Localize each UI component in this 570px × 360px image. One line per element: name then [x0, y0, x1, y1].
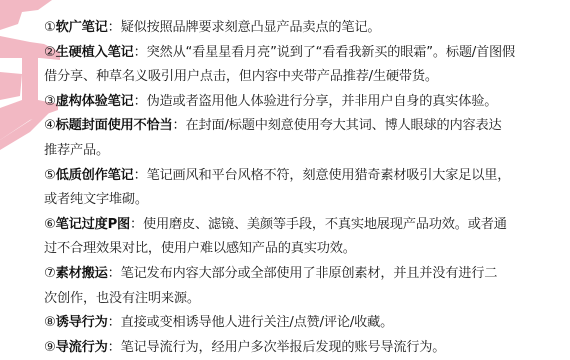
- list-item-fake-experience: ③虚构体验笔记：伪造或者盗用他人体验进行分享，并非用户自身的真实体验。: [44, 90, 564, 115]
- violation-list: ①软广笔记：疑似按照品牌要求刻意凸显产品卖点的笔记。 ②生硬植入笔记：突然从“看…: [44, 16, 564, 360]
- item-marker: ⑨: [44, 340, 56, 355]
- item-text: 使用磨皮、滤镜、美颜等手段，不真实地展现产品功效。或者通: [143, 217, 507, 232]
- item-term: 素材搬运: [56, 266, 108, 281]
- item-term: 诱导行为: [56, 315, 108, 330]
- item-text-continued: 过不合理效果对比，使用户难以感知产品的真实功效。: [44, 241, 356, 256]
- list-item-improper-title-cover: ④标题封面使用不恰当：在封面/标题中刻意使用夸大其词、博人眼球的内容表达 推荐产…: [44, 114, 564, 163]
- list-item-inducement: ⑧诱导行为：直接或变相诱导他人进行关注/点赞/评论/收藏。: [44, 311, 564, 336]
- item-text: 疑似按照品牌要求刻意凸显产品卖点的笔记。: [121, 20, 381, 35]
- item-separator: ：: [108, 266, 121, 281]
- item-term: 软广笔记: [56, 20, 108, 35]
- item-separator: ：: [108, 315, 121, 330]
- item-text-continued: 推荐产品。: [44, 143, 109, 158]
- item-text-continued: 或者纯文字堆砌。: [44, 192, 148, 207]
- item-marker: ⑧: [44, 315, 56, 330]
- item-text: 伪造或者盗用他人体验进行分享，并非用户自身的真实体验。: [147, 94, 498, 109]
- item-text: 笔记画风和平台风格不符，刻意使用猎奇素材吸引大家足以里，: [147, 168, 511, 183]
- item-separator: ：: [108, 340, 121, 355]
- list-item-traffic-diversion: ⑨导流行为：笔记导流行为，经用户多次举报后发现的账号导流行为。: [44, 336, 564, 360]
- item-marker: ⑦: [44, 266, 56, 281]
- item-marker: ⑥: [44, 217, 56, 232]
- item-text: 在封面/标题中刻意使用夸大其词、博人眼球的内容表达: [186, 118, 502, 133]
- list-item-content-copying: ⑦素材搬运：笔记发布内容大部分或全部使用了非原创素材，并且并没有进行二 次创作，…: [44, 262, 564, 311]
- item-marker: ②: [44, 45, 56, 60]
- item-text-continued: 借分享、种草名义吸引用户点击，但内容中夹带产品推荐/生硬带货。: [44, 69, 438, 84]
- item-separator: ：: [134, 45, 147, 60]
- item-separator: ：: [108, 20, 121, 35]
- item-text: 笔记导流行为，经用户多次举报后发现的账号导流行为。: [121, 340, 446, 355]
- item-text: 笔记发布内容大部分或全部使用了非原创素材，并且并没有进行二: [121, 266, 498, 281]
- item-separator: ：: [173, 118, 186, 133]
- item-text: 突然从“看星星看月亮”说到了“看看我新买的眼霜”。标题/首图假: [147, 45, 515, 60]
- item-separator: ：: [130, 217, 143, 232]
- item-text: 直接或变相诱导他人进行关注/点赞/评论/收藏。: [121, 315, 393, 330]
- list-item-low-quality: ⑤低质创作笔记：笔记画风和平台风格不符，刻意使用猎奇素材吸引大家足以里， 或者纯…: [44, 164, 564, 213]
- item-term: 生硬植入笔记: [56, 45, 134, 60]
- item-term: 虚构体验笔记: [56, 94, 134, 109]
- item-marker: ③: [44, 94, 56, 109]
- list-item-over-photoshop: ⑥笔记过度P图：使用磨皮、滤镜、美颜等手段，不真实地展现产品功效。或者通 过不合…: [44, 213, 564, 262]
- item-term: 标题封面使用不恰当: [56, 118, 173, 133]
- item-term: 导流行为: [56, 340, 108, 355]
- item-marker: ①: [44, 20, 56, 35]
- item-separator: ：: [134, 94, 147, 109]
- item-text-continued: 次创作，也没有注明来源。: [44, 291, 200, 306]
- list-item-forced-placement: ②生硬植入笔记：突然从“看星星看月亮”说到了“看看我新买的眼霜”。标题/首图假 …: [44, 41, 564, 90]
- item-marker: ⑤: [44, 168, 56, 183]
- item-term: 低质创作笔记: [56, 168, 134, 183]
- item-term: 笔记过度P图: [56, 217, 130, 232]
- item-marker: ④: [44, 118, 56, 133]
- item-separator: ：: [134, 168, 147, 183]
- list-item-soft-ad: ①软广笔记：疑似按照品牌要求刻意凸显产品卖点的笔记。: [44, 16, 564, 41]
